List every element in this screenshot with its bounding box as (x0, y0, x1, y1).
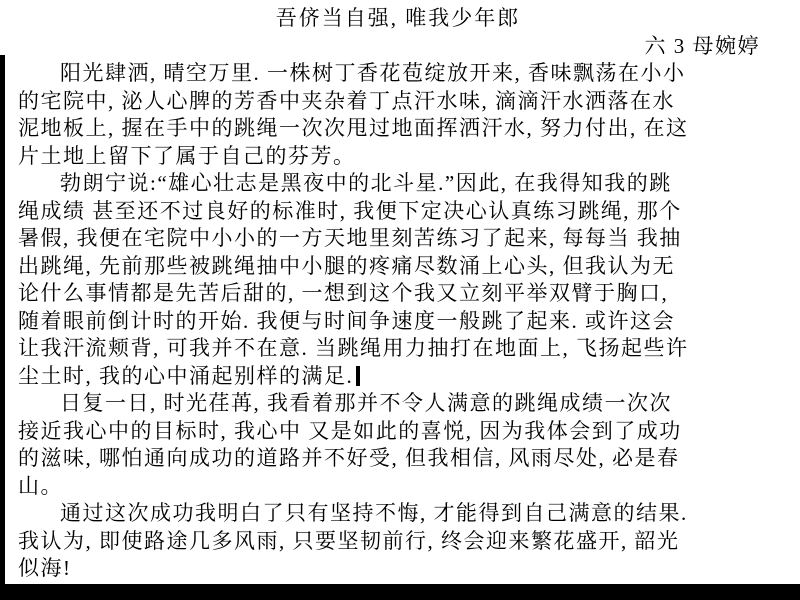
bottom-black-bar (0, 584, 800, 600)
text-line: 片土地上留下了属于自己的芬芳。 (18, 143, 778, 171)
text-line: 勃朗宁说:“雄心壮志是黑夜中的北斗星.”因此, 在我得知我的跳 (18, 170, 778, 198)
text-line: 随着眼前倒计时的开始. 我便与时间争速度一般跳了起来. 或许这会 (18, 308, 778, 336)
text-line-with-cursor: 尘土时, 我的心中涌起别样的满足. (18, 363, 778, 391)
paragraph-3: 日复一日, 时光荏苒, 我看着那并不令人满意的跳绳成绩一次次 接近我心中的目标时… (18, 390, 778, 500)
document-page[interactable]: 吾侪当自强, 唯我少年郎 六 3 母婉婷 阳光肆洒, 晴空万里. 一株树丁香花苞… (0, 0, 800, 600)
paragraph-4: 通过这次成功我明白了只有坚持不悔, 才能得到自己满意的结果. 我认为, 即使路途… (18, 500, 778, 583)
text-line: 出跳绳, 先前那些被跳绳抽中小腿的疼痛尽数涌上心头, 但我认为无 (18, 253, 778, 281)
text-line: 接近我心中的目标时, 我心中 又是如此的喜悦, 因为我体会到了成功 (18, 418, 778, 446)
paragraph-2: 勃朗宁说:“雄心壮志是黑夜中的北斗星.”因此, 在我得知我的跳 绳成绩 甚至还不… (18, 170, 778, 390)
text-line: 山。 (18, 473, 778, 501)
text-line-text: 尘土时, 我的心中涌起别样的满足. (18, 364, 353, 388)
text-line: 的宅院中, 泌人心脾的芳香中夹杂着丁点汗水味, 滴滴汗水洒落在水 (18, 88, 778, 116)
text-line: 我认为, 即使路途几多风雨, 只要坚韧前行, 终会迎来繁花盛开, 韶光 (18, 528, 778, 556)
paragraph-1: 阳光肆洒, 晴空万里. 一株树丁香花苞绽放开来, 香味飘荡在小小 的宅院中, 泌… (18, 60, 778, 170)
text-line: 似海! (18, 555, 778, 583)
text-line: 泥地板上, 握在手中的跳绳一次次甩过地面挥洒汗水, 努力付出, 在这 (18, 115, 778, 143)
text-line: 绳成绩 甚至还不过良好的标准时, 我便下定决心认真练习跳绳, 那个 (18, 198, 778, 226)
document-viewport: 吾侪当自强, 唯我少年郎 六 3 母婉婷 阳光肆洒, 晴空万里. 一株树丁香花苞… (0, 0, 800, 600)
text-line: 的滋味, 哪怕通向成功的道路并不好受, 但我相信, 风雨尽处, 必是春 (18, 445, 778, 473)
text-line: 日复一日, 时光荏苒, 我看着那并不令人满意的跳绳成绩一次次 (18, 390, 778, 418)
text-line: 暑假, 我便在宅院中小小的一方天地里刻苦练习了起来, 每每当 我抽 (18, 225, 778, 253)
text-cursor (356, 366, 360, 386)
essay-byline: 六 3 母婉婷 (18, 33, 778, 61)
text-line: 阳光肆洒, 晴空万里. 一株树丁香花苞绽放开来, 香味飘荡在小小 (18, 60, 778, 88)
text-line: 论什么事情都是先苦后甜的, 一想到这个我又立刻平举双臂于胸口, (18, 280, 778, 308)
text-line: 通过这次成功我明白了只有坚持不悔, 才能得到自己满意的结果. (18, 500, 778, 528)
left-black-edge (0, 55, 5, 584)
essay-title: 吾侪当自强, 唯我少年郎 (18, 5, 778, 33)
text-line: 让我汗流颊背, 可我并不在意. 当跳绳用力抽打在地面上, 飞扬起些许 (18, 335, 778, 363)
